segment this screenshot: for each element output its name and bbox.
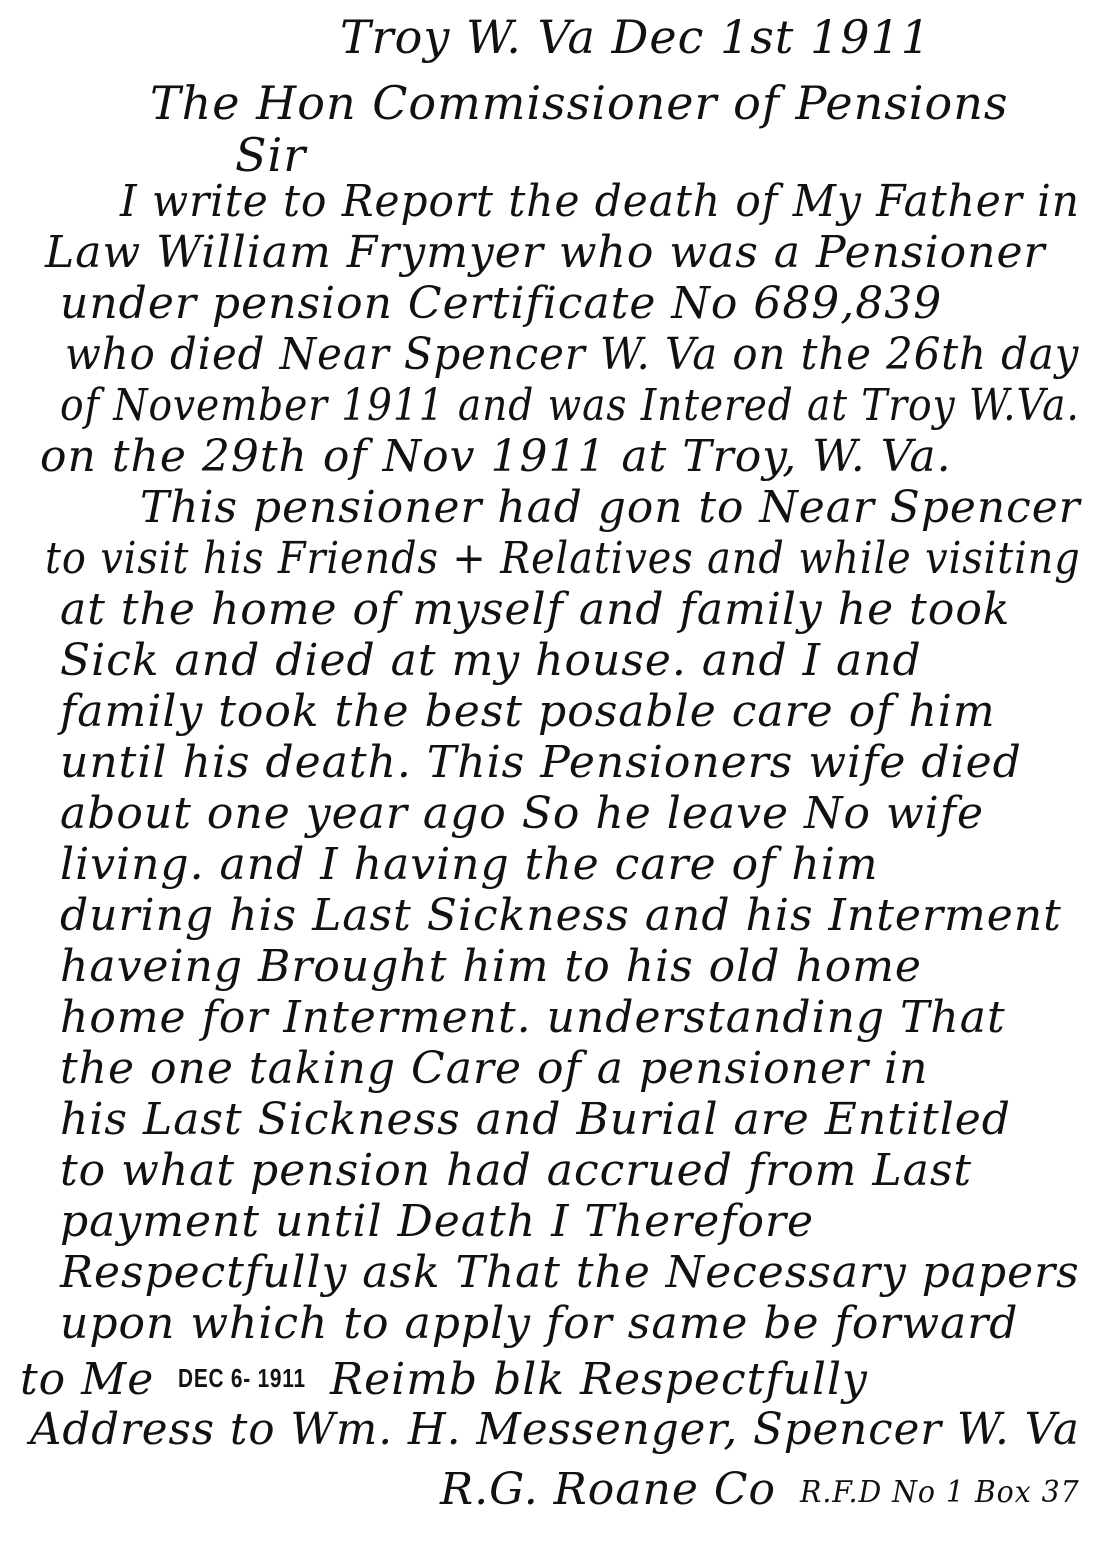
body-line: family took the best posable care of him — [60, 690, 996, 734]
body-line: at the home of myself and family he took — [60, 588, 1010, 632]
body-line: to what pension had accrued from Last — [60, 1149, 972, 1193]
body-line: I write to Report the death of My Father… — [120, 180, 1080, 224]
body-line: living. and I having the care of him — [60, 843, 879, 887]
place-date: Troy W. Va Dec 1st 1911 — [340, 14, 931, 60]
body-line: on the 29th of Nov 1911 at Troy, W. Va. — [40, 435, 952, 479]
body-line: Law William Frymyer who was a Pensioner — [45, 231, 1046, 275]
closing-respectfully: Reimb blk Respectfully — [330, 1358, 868, 1402]
closing-to-me: to Me — [20, 1358, 154, 1402]
addressee: The Hon Commissioner of Pensions — [150, 80, 1008, 126]
letter-page: Troy W. Va Dec 1st 1911 The Hon Commissi… — [0, 0, 1100, 1543]
body-line: upon which to apply for same be forward — [60, 1302, 1018, 1346]
body-line: of November 1911 and was Intered at Troy… — [60, 384, 1080, 428]
body-line: This pensioner had gon to Near Spencer — [140, 486, 1081, 530]
body-line: his Last Sickness and Burial are Entitle… — [60, 1098, 1011, 1142]
salutation: Sir — [235, 132, 306, 178]
body-line: Sick and died at my house. and I and — [60, 639, 922, 683]
body-line: who died Near Spencer W. Va on the 26th … — [65, 333, 1079, 377]
body-line: until his death. This Pensioners wife di… — [60, 741, 1022, 785]
body-line: home for Interment. understanding That — [60, 996, 1006, 1040]
body-line: Respectfully ask That the Necessary pape… — [60, 1251, 1080, 1295]
rural-route: R.F.D No 1 Box 37 — [800, 1478, 1080, 1508]
body-line: under pension Certificate No 689,839 — [60, 282, 942, 326]
body-line: payment until Death I Therefore — [60, 1200, 814, 1244]
body-line: to visit his Friends + Relatives and whi… — [45, 537, 1081, 581]
received-date-stamp: DEC 6- 1911 — [178, 1363, 306, 1394]
county: R.G. Roane Co — [440, 1468, 776, 1512]
body-line: the one taking Care of a pensioner in — [60, 1047, 928, 1091]
body-line: about one year ago So he leave No wife — [60, 792, 984, 836]
return-address: Address to Wm. H. Messenger, Spencer W. … — [30, 1408, 1080, 1452]
body-line: during his Last Sickness and his Interme… — [60, 894, 1062, 938]
body-line: haveing Brought him to his old home — [60, 945, 922, 989]
